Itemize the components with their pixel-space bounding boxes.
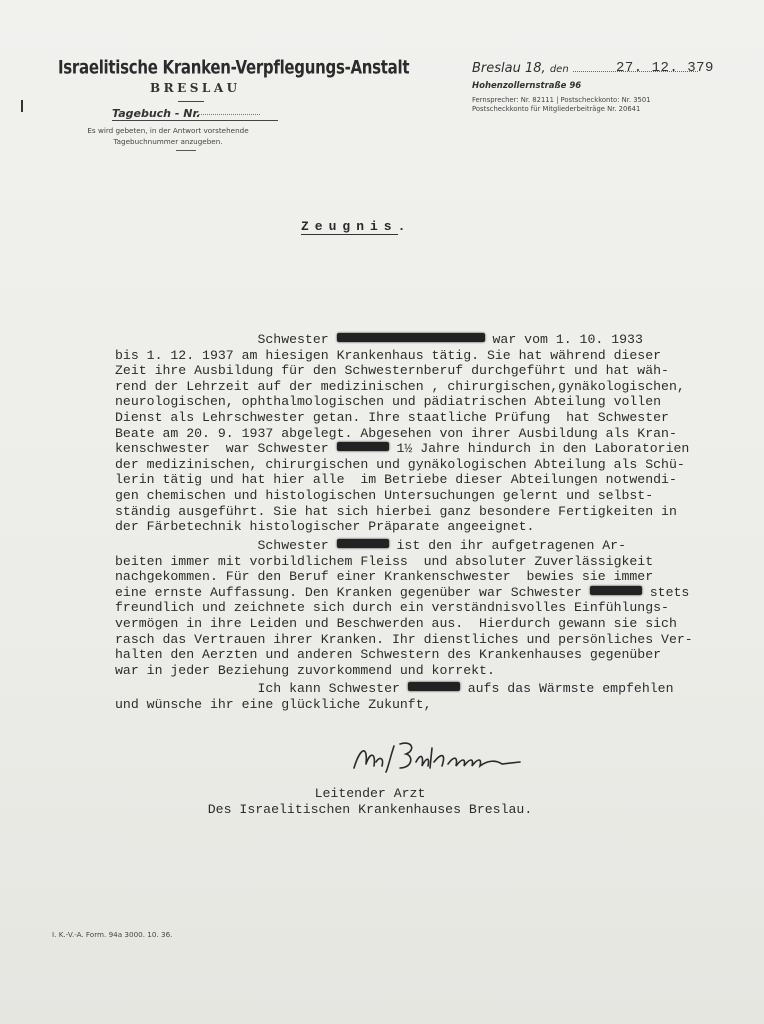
title-suffix: .: [398, 219, 412, 234]
text-line: und wünsche ihr eine glückliche Zukunft,: [115, 697, 755, 713]
paragraph-3: Ich kann Schwester aufs das Wärmste empf…: [115, 681, 755, 712]
street-address: Hohenzollernstraße 96: [472, 81, 581, 91]
letterhead-note: Es wird gebeten, in der Antwort vorstehe…: [58, 125, 278, 147]
text-line: der Färbetechnik histologischer Präparat…: [115, 519, 755, 535]
text-line: lerin tätig und hat hier alle im Betrieb…: [115, 472, 755, 488]
text-line: halten den Aerzten und anderen Schwester…: [115, 647, 755, 663]
letter-date: 27. 12. 379: [616, 60, 714, 76]
text-line: Dienst als Lehrschwester getan. Ihre sta…: [115, 410, 755, 426]
text-line: freundlich und zeichnete sich durch ein …: [115, 600, 755, 616]
title-text: Zeugnis: [301, 219, 398, 235]
paragraph-2: Schwester ist den ihr aufgetragenen Ar-b…: [115, 538, 755, 678]
redacted-name: [337, 442, 389, 451]
redacted-name: [590, 586, 642, 595]
paragraph-1: Schwester war vom 1. 10. 1933bis 1. 12. …: [115, 332, 755, 535]
text-line: neurologischen, ophthalmologischen und p…: [115, 394, 755, 410]
letterhead-divider-2: [176, 150, 196, 151]
signatory-role: Leitender Arzt: [190, 786, 550, 802]
text-line: gen chemischen und histologischen Unters…: [115, 488, 755, 504]
handwritten-signature: [350, 738, 530, 778]
text-line: bis 1. 12. 1937 am hiesigen Krankenhaus …: [115, 348, 755, 364]
place-prefix: Breslau 18,: [472, 61, 546, 76]
text-line: Ich kann Schwester aufs das Wärmste empf…: [115, 681, 755, 697]
text-line: Schwester ist den ihr aufgetragenen Ar-: [115, 538, 755, 554]
date-typed: 27. 12. 37: [616, 60, 705, 76]
text-line: Schwester war vom 1. 10. 1933: [115, 332, 755, 348]
letterhead-institution: Israelitische Kranken-Verpflegungs-Ansta…: [58, 56, 409, 79]
date-correction: 9: [705, 60, 714, 76]
text-line: beiten immer mit vorbildlichem Fleiss un…: [115, 554, 755, 570]
text-line: eine ernste Auffassung. Den Kranken gege…: [115, 585, 755, 601]
den-label: den: [550, 64, 569, 75]
diary-number-field: [198, 114, 260, 115]
text-line: vermögen in ihre Leiden und Beschwerden …: [115, 616, 755, 632]
text-line: war in jeder Beziehung zuvorkommend und …: [115, 663, 755, 679]
redacted-name: [337, 333, 485, 342]
phone-line: Fernsprecher: Nr. 82111 | Postscheckkont…: [472, 96, 651, 104]
text-line: rasch das Vertrauen ihrer Kranken. Ihr d…: [115, 632, 755, 648]
text-line: ständig ausgeführt. Sie hat sich hierbei…: [115, 504, 755, 520]
margin-mark: [21, 100, 23, 112]
postcheck-line: Postscheckkonto für Mitgliederbeiträge N…: [472, 105, 640, 113]
redacted-name: [337, 539, 389, 548]
letterhead-divider: [178, 101, 204, 102]
redacted-name: [408, 682, 460, 691]
text-line: nachgekommen. Für den Beruf einer Kranke…: [115, 569, 755, 585]
document-page: Israelitische Kranken-Verpflegungs-Ansta…: [0, 0, 764, 1024]
letterhead-city: BRESLAU: [150, 81, 241, 95]
text-line: kenschwester war Schwester 1½ Jahre hind…: [115, 441, 755, 457]
signatory-institution: Des Israelitischen Krankenhauses Breslau…: [190, 802, 550, 818]
text-line: der medizinischen, chirurgischen und gyn…: [115, 457, 755, 473]
document-title: Zeugnis.: [301, 219, 411, 234]
form-number: I. K.-V.-A. Form. 94a 3000. 10. 36.: [52, 930, 172, 939]
text-line: Beate am 20. 9. 1937 abgelegt. Abgesehen…: [115, 426, 755, 442]
text-line: rend der Lehrzeit auf der medizinischen …: [115, 379, 755, 395]
text-line: Zeit ihre Ausbildung für den Schwesternb…: [115, 363, 755, 379]
